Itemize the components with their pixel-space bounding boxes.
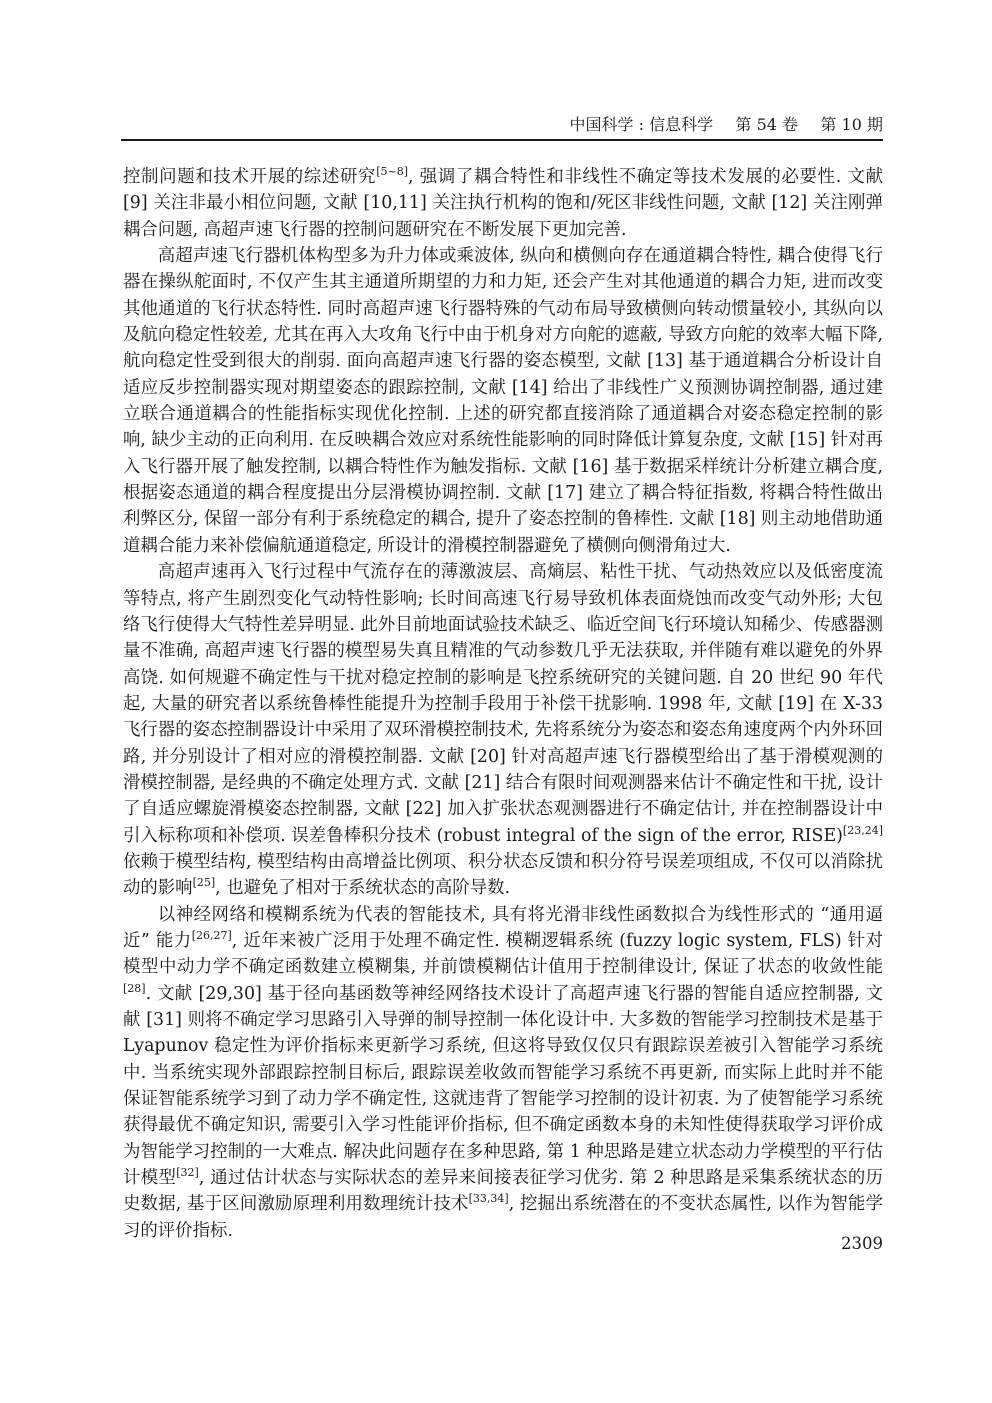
running-head: 中国科学 : 信息科学第 54 卷第 10 期 — [123, 114, 883, 136]
paragraph: 高超声速飞行器机体构型多为升力体或乘波体, 纵向和横侧向存在通道耦合特性, 耦合… — [123, 243, 883, 559]
citation-superscript: [33,34] — [469, 1193, 509, 1206]
paragraph-text: . 文献 [29,30] 基于径向基函数等神经网络技术设计了高超声速飞行器的智能… — [123, 984, 883, 1188]
issue-label: 第 10 期 — [820, 115, 883, 134]
citation-superscript: [23,24] — [843, 824, 883, 837]
volume-label: 第 54 卷 — [736, 115, 799, 134]
paragraph-text: , 也避免了相对于系统状态的高阶导数. — [215, 878, 510, 898]
citation-superscript: [25] — [193, 876, 216, 889]
citation-superscript: [28] — [123, 982, 146, 995]
journal-title: 中国科学 : 信息科学 — [570, 115, 714, 134]
article-body: 控制问题和技术开展的综述研究[5~8], 强调了耦合特性和非线性不确定等技术发展… — [123, 164, 883, 1244]
page-number: 2309 — [123, 1233, 883, 1255]
paragraph: 高超声速再入飞行过程中气流存在的薄激波层、高熵层、粘性干扰、气动热效应以及低密度… — [123, 559, 883, 901]
paragraph-text: 高超声速再入飞行过程中气流存在的薄激波层、高熵层、粘性干扰、气动热效应以及低密度… — [123, 562, 883, 845]
paper-page: 中国科学 : 信息科学第 54 卷第 10 期 控制问题和技术开展的综述研究[5… — [0, 0, 992, 1403]
paragraph-text: 控制问题和技术开展的综述研究 — [123, 167, 376, 187]
header-rule — [121, 139, 883, 141]
citation-superscript: [32] — [176, 1166, 199, 1179]
paragraph: 以神经网络和模糊系统为代表的智能技术, 具有将光滑非线性函数拟合为线性形式的 “… — [123, 902, 883, 1244]
paragraph-text: 高超声速飞行器机体构型多为升力体或乘波体, 纵向和横侧向存在通道耦合特性, 耦合… — [123, 246, 883, 556]
paragraph: 控制问题和技术开展的综述研究[5~8], 强调了耦合特性和非线性不确定等技术发展… — [123, 164, 883, 243]
citation-superscript: [26,27] — [192, 929, 232, 942]
paragraph-text: , 近年来被广泛用于处理不确定性. 模糊逻辑系统 (fuzzy logic sy… — [123, 931, 883, 977]
citation-superscript: [5~8] — [376, 165, 408, 178]
